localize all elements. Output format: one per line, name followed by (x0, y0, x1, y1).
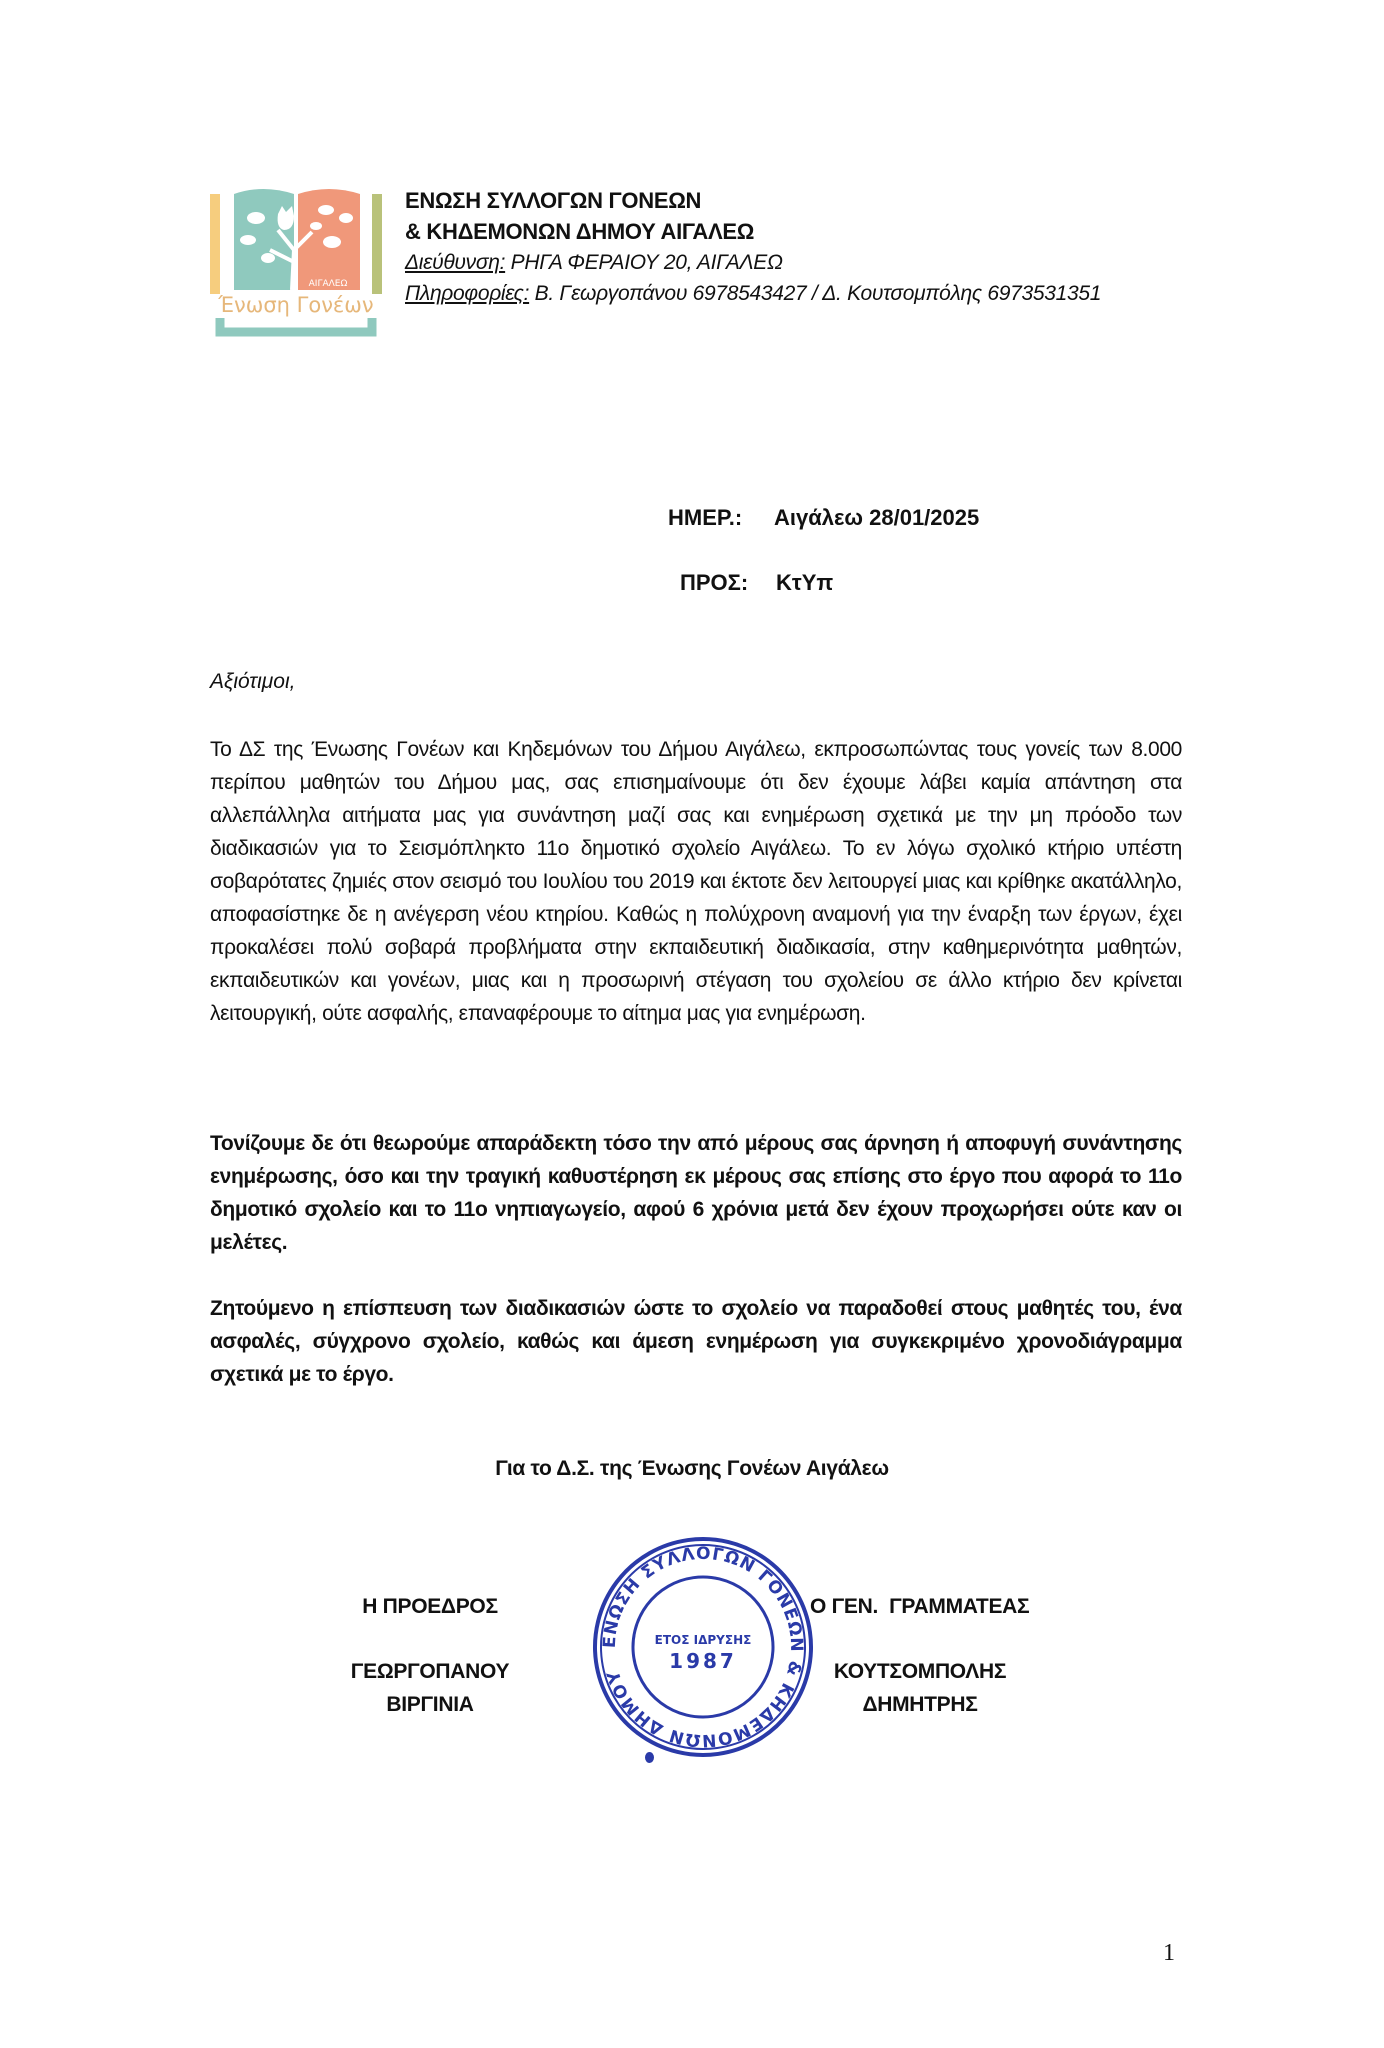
body-paragraph-2: Τονίζουμε δε ότι θεωρούμε απαράδεκτη τόσ… (210, 1127, 1182, 1259)
date-value: Αιγάλεω 28/01/2025 (774, 505, 979, 531)
president-surname: ΓΕΩΡΓΟΠΑΝΟΥ (330, 1655, 530, 1688)
address-line: Διεύθυνση: ΡΗΓΑ ΦΕΡΑΙΟΥ 20, ΑΙΓΑΛΕΩ (405, 247, 1101, 278)
body-paragraph-3: Ζητούμενο η επίσπευση των διαδικασιών ώσ… (210, 1292, 1182, 1391)
svg-text:Ένωση Γονέων: Ένωση Γονέων (217, 293, 373, 317)
svg-text:ΕΝΩΣΗ ΣΥΛΛΟΓΩΝ ΓΟΝΕΩΝ & ΚΗΔΕΜΟ: ΕΝΩΣΗ ΣΥΛΛΟΓΩΝ ΓΟΝΕΩΝ & ΚΗΔΕΜΟΝΩΝ ΔΗΜΟΥ … (588, 1532, 818, 1762)
book-tree-logo-icon: ΑΙΓΑΛΕΩ Ένωση Γονέων (208, 180, 384, 344)
president-title: Η ΠΡΟΕΔΡΟΣ (340, 1590, 520, 1623)
secretary-title: Ο ΓΕΝ. ΓΡΑΜΜΑΤΕΑΣ (810, 1590, 1050, 1623)
official-stamp: ΕΝΩΣΗ ΣΥΛΛΟΓΩΝ ΓΟΝΕΩΝ & ΚΗΔΕΜΟΝΩΝ ΔΗΜΟΥ … (588, 1532, 818, 1762)
organization-logo: ΑΙΓΑΛΕΩ Ένωση Γονέων (208, 180, 384, 344)
org-name-line1: ΕΝΩΣΗ ΣΥΛΛΟΓΩΝ ΓΟΝΕΩΝ (405, 185, 1101, 216)
svg-text:ΑΙΓΑΛΕΩ: ΑΙΓΑΛΕΩ (309, 279, 348, 289)
info-label: Πληροφορίες: (405, 282, 529, 305)
official-stamp-icon: ΕΝΩΣΗ ΣΥΛΛΟΓΩΝ ΓΟΝΕΩΝ & ΚΗΔΕΜΟΝΩΝ ΔΗΜΟΥ … (588, 1532, 818, 1762)
letterhead: ΕΝΩΣΗ ΣΥΛΛΟΓΩΝ ΓΟΝΕΩΝ & ΚΗΔΕΜΟΝΩΝ ΔΗΜΟΥ … (405, 185, 1101, 309)
recipient-value: ΚτΥπ (776, 570, 833, 596)
info-line: Πληροφορίες: Β. Γεωργοπάνου 6978543427 /… (405, 278, 1101, 309)
address-value: ΡΗΓΑ ΦΕΡΑΙΟΥ 20, ΑΙΓΑΛΕΩ (505, 251, 783, 274)
svg-text:ΕΤΟΣ ΙΔΡΥΣΗΣ: ΕΤΟΣ ΙΔΡΥΣΗΣ (655, 1633, 752, 1647)
page-number: 1 (1163, 1940, 1175, 1967)
recipient-label: ΠΡΟΣ: (680, 570, 748, 596)
date-label: ΗΜΕΡ.: (668, 505, 742, 531)
info-value: Β. Γεωργοπάνου 6978543427 / Δ. Κουτσομπό… (529, 282, 1101, 305)
body-paragraph-1: Το ΔΣ της Ένωσης Γονέων και Κηδεμόνων το… (210, 733, 1182, 1030)
signoff-line: Για το Δ.Σ. της Ένωσης Γονέων Αιγάλεω (0, 1457, 1384, 1481)
svg-text:1987: 1987 (669, 1649, 737, 1673)
salutation: Αξιότιμοι, (210, 670, 295, 694)
secretary-surname: ΚΟΥΤΣΟΜΠΟΛΗΣ (810, 1655, 1030, 1688)
secretary-name: ΚΟΥΤΣΟΜΠΟΛΗΣ ΔΗΜΗΤΡΗΣ (810, 1655, 1030, 1721)
president-first-name: ΒΙΡΓΙΝΙΑ (330, 1688, 530, 1721)
org-name-line2: & ΚΗΔΕΜΟΝΩΝ ΔΗΜΟΥ ΑΙΓΑΛΕΩ (405, 216, 1101, 247)
secretary-first-name: ΔΗΜΗΤΡΗΣ (810, 1688, 1030, 1721)
ink-dot (645, 1752, 654, 1763)
address-label: Διεύθυνση: (405, 251, 505, 274)
president-name: ΓΕΩΡΓΟΠΑΝΟΥ ΒΙΡΓΙΝΙΑ (330, 1655, 530, 1721)
